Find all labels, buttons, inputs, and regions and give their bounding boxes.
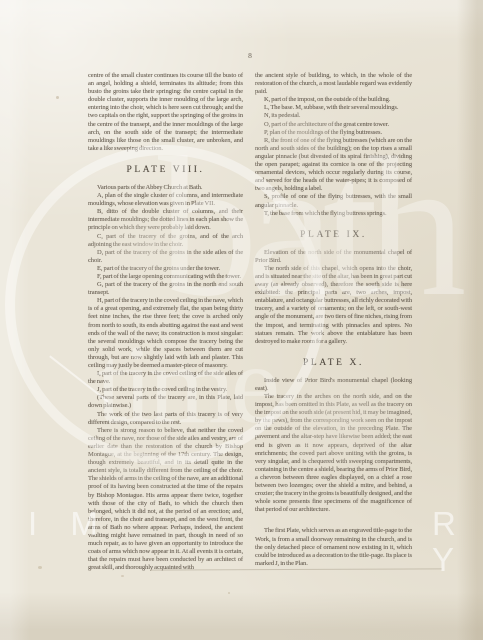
paragraph: (These several parts of the tracery are,…: [88, 394, 243, 410]
paragraph: K, part of the impost, on the outside of…: [255, 96, 412, 104]
foxing-speck: [121, 575, 124, 577]
paragraph: The first Plate, which serves as an engr…: [255, 527, 412, 567]
page-number: 8: [88, 51, 412, 60]
plate-heading: PLATE IX.: [255, 230, 412, 240]
paragraph: The work of the two last parts of this t…: [88, 411, 243, 427]
paragraph: B, ditto of the double cluster of column…: [88, 208, 243, 232]
paragraph: S, profile of one of the flying buttress…: [255, 193, 412, 209]
text-block: centre of the small cluster continues it…: [88, 72, 412, 572]
paragraph: F, part of the large opening communicati…: [88, 273, 243, 281]
paragraph: L, The base. M, subbase, with their seve…: [255, 104, 412, 112]
paragraph: T, the base from which the flying buttre…: [255, 210, 412, 218]
watermark-letters-right: R Y: [432, 506, 483, 578]
paragraph: There is strong reason to believe, that …: [88, 427, 243, 573]
paragraph: G, part of the tracery of the groins in …: [88, 281, 243, 297]
paragraph: P, plan of the mouldings of the flying b…: [255, 129, 412, 137]
paragraph: centre of the small cluster continues it…: [88, 72, 243, 153]
paragraph: Elevation of the north side of the monum…: [255, 249, 412, 265]
paragraph: the ancient style of building, to which,…: [255, 72, 412, 96]
foxing-speck: [228, 592, 230, 594]
paragraph: D, part of the tracery of the groins in …: [88, 249, 243, 265]
paragraph: C, part of the tracery of the groins, an…: [88, 233, 243, 249]
foxing-speck: [38, 566, 42, 569]
paragraph: The north side of this chapel, which ope…: [255, 265, 412, 346]
left-column: centre of the small cluster continues it…: [88, 72, 243, 572]
paragraph: Inside view of Prior Bird's monumental c…: [255, 377, 412, 393]
foxing-speck: [56, 96, 59, 99]
plate-heading: PLATE X.: [255, 358, 412, 368]
paragraph: E, part of the tracery of the groins und…: [88, 265, 243, 273]
paragraph: H, part of the tracery in the coved ceil…: [88, 297, 243, 370]
paragraph: R, the front of one of the flying buttre…: [255, 137, 412, 194]
plate-heading: PLATE VIII.: [88, 165, 243, 175]
scanned-book-page: bath time I M R Y 8 centre of the small …: [0, 0, 483, 640]
paragraph: N, its pedestal.: [255, 112, 412, 120]
paragraph: Various parts of the Abbey Church at Bat…: [88, 184, 243, 192]
right-column: the ancient style of building, to which,…: [255, 72, 412, 572]
paragraph: O, part of the architecture of the great…: [255, 121, 412, 129]
paragraph: The tracery in the arches on the north s…: [255, 393, 412, 514]
paragraph: I, part of the tracery in the coved ceil…: [88, 370, 243, 386]
paragraph: A, plan of the single cluster of columns…: [88, 192, 243, 208]
